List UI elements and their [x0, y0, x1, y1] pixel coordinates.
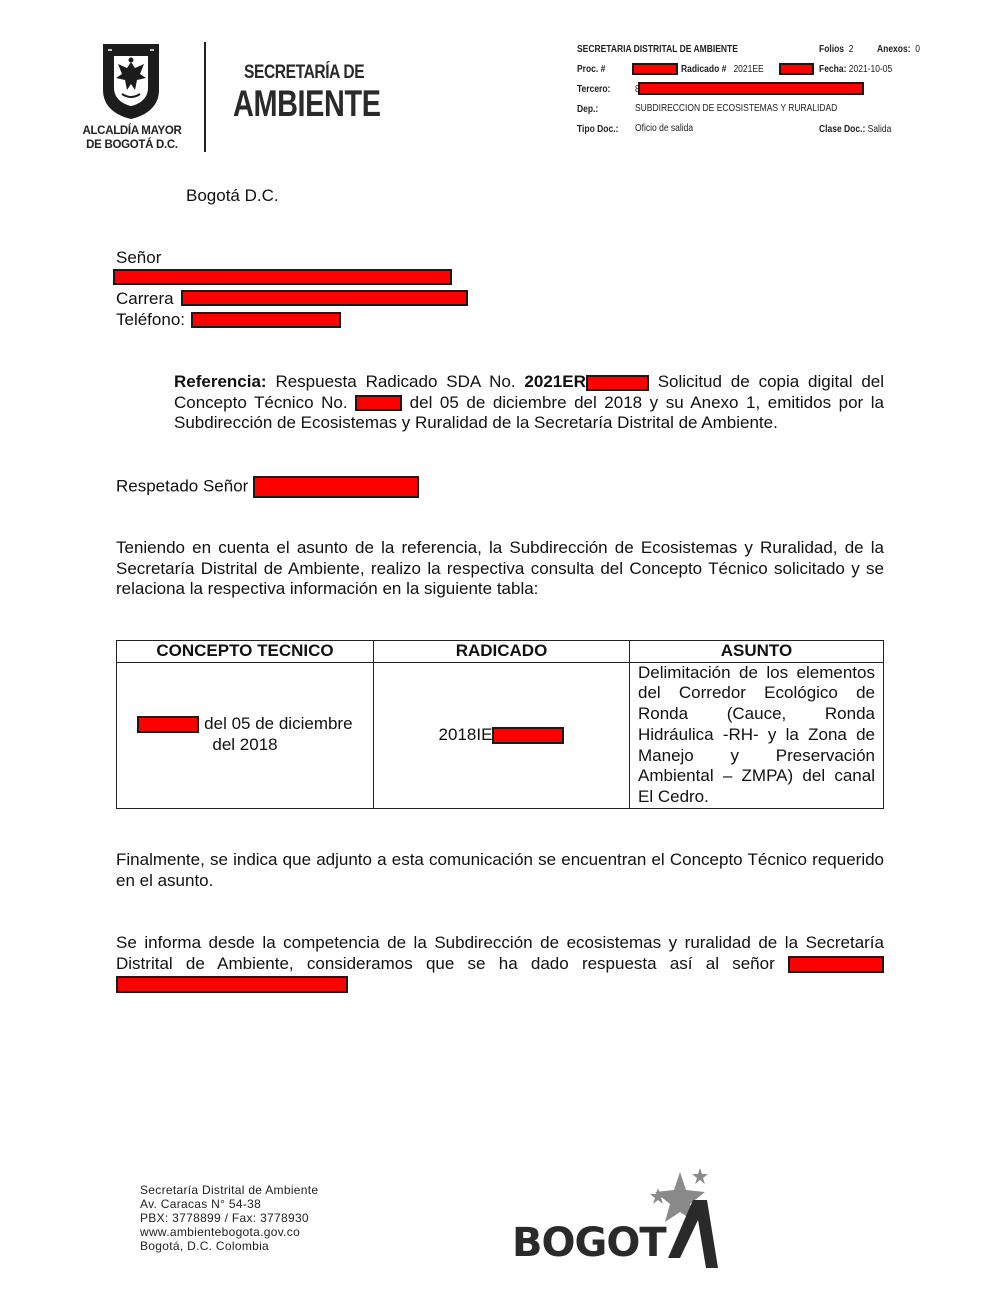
closing-text: Se informa desde la competencia de la Su…	[116, 933, 884, 973]
redacted-address	[181, 290, 468, 306]
fecha-label: Fecha:	[819, 64, 846, 75]
radicado-prefix: 2021EE	[733, 64, 763, 75]
paragraph-intro: Teniendo en cuenta el asunto de la refer…	[116, 538, 884, 600]
reference-text1: Respuesta Radicado SDA No.	[267, 372, 525, 391]
folios-label: Folios	[819, 44, 844, 55]
concepto-table: CONCEPTO TECNICO RADICADO ASUNTO del 05 …	[116, 640, 884, 809]
anexos-value: 0	[915, 44, 920, 55]
redacted-reference-radicado	[586, 375, 649, 391]
redacted-concepto-number	[355, 395, 402, 411]
bogota-logo: BOGOT	[510, 1160, 720, 1270]
city-date: Bogotá D.C.	[186, 186, 279, 207]
redacted-phone	[191, 312, 341, 328]
proc-label: Proc. #	[577, 64, 605, 75]
table-row: del 05 de diciembre del 2018 2018IE Deli…	[117, 662, 884, 808]
redacted-recipient-name	[113, 269, 452, 285]
reference-text2: Solicitud de copia digital del	[649, 372, 884, 391]
greeting-text: Respetado Señor	[116, 476, 248, 495]
clase-doc-label: Clase Doc.:	[819, 124, 865, 135]
concepto-date: del 05 de diciembre del 2018	[199, 714, 352, 754]
closing-text-block: Se informa desde la competencia de la Su…	[116, 933, 884, 974]
footer-line-city: Bogotá, D.C. Colombia	[140, 1239, 318, 1253]
footer-line-address: Av. Caracas N° 54-38	[140, 1197, 318, 1211]
col-concepto-tecnico: CONCEPTO TECNICO	[117, 641, 374, 663]
col-radicado: RADICADO	[374, 641, 630, 663]
dep-value: SUBDIRECCION DE ECOSISTEMAS Y RURALIDAD	[635, 103, 837, 114]
redacted-greeting-name	[253, 476, 419, 498]
cell-radicado: 2018IE	[374, 662, 630, 808]
redacted-closing-name-2	[116, 976, 348, 993]
footer-address: Secretaría Distrital de Ambiente Av. Car…	[140, 1183, 318, 1253]
footer-line-website[interactable]: www.ambientebogota.gov.co	[140, 1225, 318, 1239]
recipient-title: Señor	[116, 248, 161, 269]
cell-concepto: del 05 de diciembre del 2018	[117, 662, 374, 808]
tercero-label: Tercero:	[577, 84, 610, 95]
fecha-value: 2021-10-05	[849, 64, 892, 75]
radicado-label: Radicado #	[681, 64, 726, 75]
radicado-cell-prefix: 2018IE	[439, 725, 493, 744]
reference-line2b: del 05 de diciembre del 2018 y su Anexo …	[402, 393, 884, 412]
alcaldia-logo-text: ALCALDÍA MAYOR DE BOGOTÁ D.C.	[80, 124, 184, 152]
tipo-doc-label: Tipo Doc.:	[577, 124, 618, 135]
reference-radicado-prefix: 2021ER	[524, 372, 585, 391]
redacted-concepto-cell	[137, 716, 199, 733]
footer-line-entity: Secretaría Distrital de Ambiente	[140, 1183, 318, 1197]
reference-line3: Subdirección de Ecosistemas y Ruralidad …	[174, 413, 884, 434]
paragraph-attachment: Finalmente, se indica que adjunto a esta…	[116, 850, 884, 891]
address-label: Carrera	[116, 289, 174, 310]
folios-value: 2	[849, 44, 854, 55]
phone-label: Teléfono:	[116, 310, 185, 331]
cell-asunto: Delimitación de los elementos del Corred…	[630, 662, 884, 808]
col-asunto: ASUNTO	[630, 641, 884, 663]
entity-name: SECRETARIA DISTRITAL DE AMBIENTE	[577, 44, 738, 55]
reference-line1: Referencia: Respuesta Radicado SDA No. 2…	[174, 372, 884, 393]
footer-line-phone: PBX: 3778899 / Fax: 3778930	[140, 1211, 318, 1225]
reference-label: Referencia:	[174, 372, 267, 391]
dep-label: Dep.:	[577, 104, 598, 115]
table-header-row: CONCEPTO TECNICO RADICADO ASUNTO	[117, 641, 884, 663]
secretaria-logo-line2: AMBIENTE	[233, 83, 381, 125]
tipo-doc-value: Oficio de salida	[635, 123, 693, 134]
greeting: Respetado Señor	[116, 476, 419, 498]
reference-line2: Concepto Técnico No. del 05 de diciembre…	[174, 393, 884, 414]
redacted-tercero	[638, 82, 864, 95]
alcaldia-line2: DE BOGOTÁ D.C.	[80, 138, 184, 152]
reference-block: Referencia: Respuesta Radicado SDA No. 2…	[174, 372, 884, 434]
secretaria-logo-line1: SECRETARÍA DE	[244, 62, 364, 84]
redacted-closing-name-1	[788, 956, 884, 973]
reference-line2a: Concepto Técnico No.	[174, 393, 355, 412]
stars-icon: BOGOT	[510, 1160, 720, 1270]
redacted-radicado-cell	[492, 727, 564, 744]
alcaldia-line1: ALCALDÍA MAYOR	[80, 124, 184, 138]
redacted-proc	[632, 63, 678, 75]
coat-of-arms-icon	[100, 42, 162, 120]
anexos-label: Anexos:	[877, 44, 911, 55]
logo-divider	[204, 42, 206, 152]
clase-doc-value: Salida	[868, 124, 892, 135]
svg-text:BOGOT: BOGOT	[512, 1220, 667, 1266]
redacted-radicado	[779, 63, 814, 75]
paragraph-closing: Se informa desde la competencia de la Su…	[116, 933, 884, 995]
